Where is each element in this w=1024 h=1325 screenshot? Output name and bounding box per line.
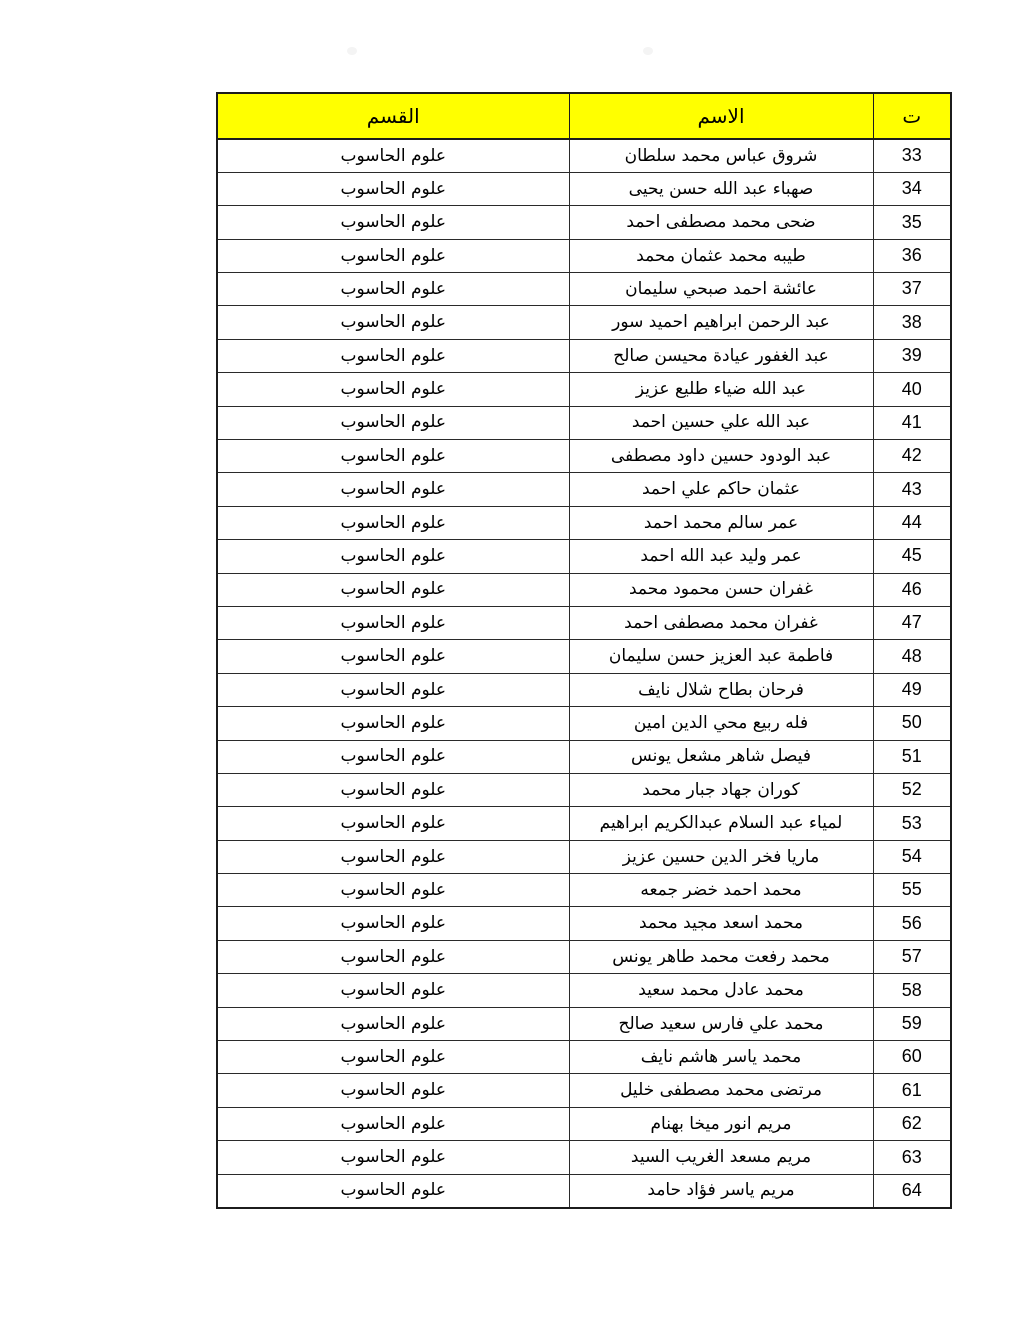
- student-name-cell: صهباء عبد الله حسن يحيى: [569, 172, 873, 205]
- student-name-cell: عبد الرحمن ابراهيم احميد سور: [569, 306, 873, 339]
- student-name-cell: محمد اسعد مجيد محمد: [569, 907, 873, 940]
- serial-cell: 44: [873, 506, 951, 539]
- serial-cell: 33: [873, 139, 951, 172]
- department-cell: علوم الحاسوب: [217, 606, 569, 639]
- serial-cell: 50: [873, 707, 951, 740]
- serial-cell: 58: [873, 974, 951, 1007]
- student-name-cell: ضحى محمد مصطفى احمد: [569, 206, 873, 239]
- table-row: 39عبد الغفور عيادة محيسن صالحعلوم الحاسو…: [217, 339, 951, 372]
- table-row: 37عائشة احمد صبحي سليمانعلوم الحاسوب: [217, 273, 951, 306]
- student-name-cell: لمياء عبد السلام عبدالكريم ابراهيم: [569, 807, 873, 840]
- table-row: 56محمد اسعد مجيد محمدعلوم الحاسوب: [217, 907, 951, 940]
- table-row: 64مريم ياسر فؤاد حامدعلوم الحاسوب: [217, 1174, 951, 1207]
- student-name-cell: محمد احمد خضر جمعه: [569, 874, 873, 907]
- serial-cell: 55: [873, 874, 951, 907]
- student-name-cell: فيصل شاهر مشعل يونس: [569, 740, 873, 773]
- table-row: 47غفران محمد مصطفى احمدعلوم الحاسوب: [217, 606, 951, 639]
- serial-cell: 37: [873, 273, 951, 306]
- serial-cell: 64: [873, 1174, 951, 1207]
- department-cell: علوم الحاسوب: [217, 1174, 569, 1207]
- student-name-cell: مريم مسعد الغريب السيد: [569, 1141, 873, 1174]
- serial-cell: 53: [873, 807, 951, 840]
- department-cell: علوم الحاسوب: [217, 1041, 569, 1074]
- serial-cell: 46: [873, 573, 951, 606]
- department-cell: علوم الحاسوب: [217, 406, 569, 439]
- serial-cell: 60: [873, 1041, 951, 1074]
- department-cell: علوم الحاسوب: [217, 306, 569, 339]
- department-cell: علوم الحاسوب: [217, 707, 569, 740]
- department-cell: علوم الحاسوب: [217, 473, 569, 506]
- department-cell: علوم الحاسوب: [217, 506, 569, 539]
- table-row: 36طيبه محمد عثمان محمدعلوم الحاسوب: [217, 239, 951, 272]
- student-name-cell: غفران محمد مصطفى احمد: [569, 606, 873, 639]
- department-cell: علوم الحاسوب: [217, 974, 569, 1007]
- department-cell: علوم الحاسوب: [217, 139, 569, 172]
- department-cell: علوم الحاسوب: [217, 874, 569, 907]
- department-cell: علوم الحاسوب: [217, 573, 569, 606]
- table-row: 38عبد الرحمن ابراهيم احميد سورعلوم الحاس…: [217, 306, 951, 339]
- serial-cell: 57: [873, 940, 951, 973]
- student-name-cell: غفران حسن محمود محمد: [569, 573, 873, 606]
- department-cell: علوم الحاسوب: [217, 1107, 569, 1140]
- header-serial: ت: [873, 93, 951, 139]
- table-row: 43عثمان حاكم علي احمدعلوم الحاسوب: [217, 473, 951, 506]
- serial-cell: 38: [873, 306, 951, 339]
- serial-cell: 36: [873, 239, 951, 272]
- scan-artifact-dot: [347, 47, 357, 55]
- serial-cell: 54: [873, 840, 951, 873]
- student-name-cell: عبد الغفور عيادة محيسن صالح: [569, 339, 873, 372]
- serial-cell: 63: [873, 1141, 951, 1174]
- department-cell: علوم الحاسوب: [217, 1074, 569, 1107]
- student-name-cell: فرحان بطاح شلال نايف: [569, 673, 873, 706]
- header-name: الاسم: [569, 93, 873, 139]
- department-cell: علوم الحاسوب: [217, 773, 569, 806]
- serial-cell: 42: [873, 440, 951, 473]
- table-row: 49فرحان بطاح شلال نايفعلوم الحاسوب: [217, 673, 951, 706]
- header-row: ت الاسم القسم: [217, 93, 951, 139]
- student-name-cell: محمد علي فارس سعيد صالح: [569, 1007, 873, 1040]
- student-name-cell: محمد ياسر هاشم نايف: [569, 1041, 873, 1074]
- serial-cell: 47: [873, 606, 951, 639]
- department-cell: علوم الحاسوب: [217, 907, 569, 940]
- serial-cell: 43: [873, 473, 951, 506]
- serial-cell: 59: [873, 1007, 951, 1040]
- table-row: 55محمد احمد خضر جمعهعلوم الحاسوب: [217, 874, 951, 907]
- table-row: 40عبد الله ضياء طليع عزيزعلوم الحاسوب: [217, 373, 951, 406]
- student-name-cell: مرتضى محمد مصطفى خليل: [569, 1074, 873, 1107]
- student-name-cell: عائشة احمد صبحي سليمان: [569, 273, 873, 306]
- department-cell: علوم الحاسوب: [217, 206, 569, 239]
- student-name-cell: ماريا فخر الدين حسين عزيز: [569, 840, 873, 873]
- table-row: 41عبد الله علي حسين احمدعلوم الحاسوب: [217, 406, 951, 439]
- table-row: 53لمياء عبد السلام عبدالكريم ابراهيمعلوم…: [217, 807, 951, 840]
- department-cell: علوم الحاسوب: [217, 440, 569, 473]
- table-row: 59محمد علي فارس سعيد صالحعلوم الحاسوب: [217, 1007, 951, 1040]
- department-cell: علوم الحاسوب: [217, 540, 569, 573]
- serial-cell: 41: [873, 406, 951, 439]
- department-cell: علوم الحاسوب: [217, 807, 569, 840]
- document-page: ت الاسم القسم 33شروق عباس محمد سلطانعلوم…: [0, 0, 1024, 1325]
- serial-cell: 49: [873, 673, 951, 706]
- serial-cell: 34: [873, 172, 951, 205]
- serial-cell: 52: [873, 773, 951, 806]
- table-row: 50فله ربيع محي الدين امينعلوم الحاسوب: [217, 707, 951, 740]
- department-cell: علوم الحاسوب: [217, 673, 569, 706]
- table-row: 60محمد ياسر هاشم نايفعلوم الحاسوب: [217, 1041, 951, 1074]
- table-row: 57محمد رفعت محمد طاهر يونسعلوم الحاسوب: [217, 940, 951, 973]
- table-row: 33شروق عباس محمد سلطانعلوم الحاسوب: [217, 139, 951, 172]
- table-body: 33شروق عباس محمد سلطانعلوم الحاسوب34صهبا…: [217, 139, 951, 1208]
- student-name-cell: عبد الله علي حسين احمد: [569, 406, 873, 439]
- serial-cell: 51: [873, 740, 951, 773]
- department-cell: علوم الحاسوب: [217, 740, 569, 773]
- serial-cell: 40: [873, 373, 951, 406]
- serial-cell: 48: [873, 640, 951, 673]
- department-cell: علوم الحاسوب: [217, 273, 569, 306]
- table-row: 34صهباء عبد الله حسن يحيىعلوم الحاسوب: [217, 172, 951, 205]
- table-row: 52كوران جهاد جبار محمدعلوم الحاسوب: [217, 773, 951, 806]
- scan-artifact-dot: [643, 47, 653, 55]
- student-name-cell: فاطمة عبد العزيز حسن سليمان: [569, 640, 873, 673]
- table-row: 54ماريا فخر الدين حسين عزيزعلوم الحاسوب: [217, 840, 951, 873]
- table-row: 45عمر وليد عبد الله احمدعلوم الحاسوب: [217, 540, 951, 573]
- student-name-cell: شروق عباس محمد سلطان: [569, 139, 873, 172]
- header-department: القسم: [217, 93, 569, 139]
- student-name-cell: محمد رفعت محمد طاهر يونس: [569, 940, 873, 973]
- table-row: 61مرتضى محمد مصطفى خليلعلوم الحاسوب: [217, 1074, 951, 1107]
- student-name-cell: محمد عادل محمد سعيد: [569, 974, 873, 1007]
- student-name-cell: عمر سالم محمد احمد: [569, 506, 873, 539]
- student-name-cell: طيبه محمد عثمان محمد: [569, 239, 873, 272]
- table-row: 51فيصل شاهر مشعل يونسعلوم الحاسوب: [217, 740, 951, 773]
- student-name-cell: عبد الله ضياء طليع عزيز: [569, 373, 873, 406]
- serial-cell: 35: [873, 206, 951, 239]
- serial-cell: 39: [873, 339, 951, 372]
- department-cell: علوم الحاسوب: [217, 840, 569, 873]
- department-cell: علوم الحاسوب: [217, 239, 569, 272]
- student-name-cell: فله ربيع محي الدين امين: [569, 707, 873, 740]
- department-cell: علوم الحاسوب: [217, 940, 569, 973]
- department-cell: علوم الحاسوب: [217, 373, 569, 406]
- table-row: 42عبد الودود حسين داود مصطفىعلوم الحاسوب: [217, 440, 951, 473]
- department-cell: علوم الحاسوب: [217, 1141, 569, 1174]
- students-table: ت الاسم القسم 33شروق عباس محمد سلطانعلوم…: [216, 92, 952, 1209]
- student-name-cell: عثمان حاكم علي احمد: [569, 473, 873, 506]
- table-row: 63مريم مسعد الغريب السيدعلوم الحاسوب: [217, 1141, 951, 1174]
- department-cell: علوم الحاسوب: [217, 1007, 569, 1040]
- student-name-cell: عبد الودود حسين داود مصطفى: [569, 440, 873, 473]
- serial-cell: 61: [873, 1074, 951, 1107]
- department-cell: علوم الحاسوب: [217, 172, 569, 205]
- table-row: 62مريم انور ميخا بهنامعلوم الحاسوب: [217, 1107, 951, 1140]
- department-cell: علوم الحاسوب: [217, 339, 569, 372]
- table-row: 46غفران حسن محمود محمدعلوم الحاسوب: [217, 573, 951, 606]
- department-cell: علوم الحاسوب: [217, 640, 569, 673]
- student-name-cell: مريم ياسر فؤاد حامد: [569, 1174, 873, 1207]
- serial-cell: 56: [873, 907, 951, 940]
- table-row: 35ضحى محمد مصطفى احمدعلوم الحاسوب: [217, 206, 951, 239]
- student-name-cell: مريم انور ميخا بهنام: [569, 1107, 873, 1140]
- student-name-cell: كوران جهاد جبار محمد: [569, 773, 873, 806]
- student-name-cell: عمر وليد عبد الله احمد: [569, 540, 873, 573]
- serial-cell: 45: [873, 540, 951, 573]
- table-row: 44عمر سالم محمد احمدعلوم الحاسوب: [217, 506, 951, 539]
- table-row: 58محمد عادل محمد سعيدعلوم الحاسوب: [217, 974, 951, 1007]
- serial-cell: 62: [873, 1107, 951, 1140]
- table-row: 48فاطمة عبد العزيز حسن سليمانعلوم الحاسو…: [217, 640, 951, 673]
